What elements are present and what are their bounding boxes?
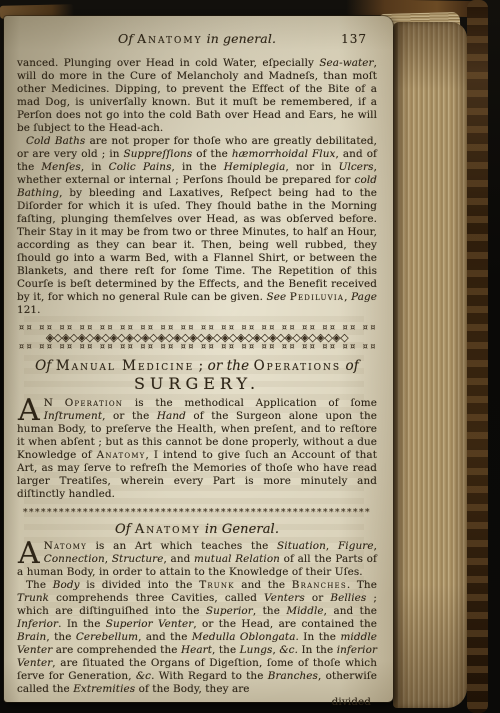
catchword: divided	[17, 696, 377, 709]
text-column: Of Anatomy in general. 137 vanced. Plung…	[17, 32, 377, 709]
ornament-row: ¤¤ ¤¤ ¤¤ ¤¤ ¤¤ ¤¤ ¤¤ ¤¤ ¤¤ ¤¤ ¤¤ ¤¤ ¤¤ ¤…	[19, 343, 375, 351]
ornament-band: ¤¤ ¤¤ ¤¤ ¤¤ ¤¤ ¤¤ ¤¤ ¤¤ ¤¤ ¤¤ ¤¤ ¤¤ ¤¤ ¤…	[19, 324, 375, 351]
drop-cap: A	[17, 540, 44, 566]
drop-cap: A	[17, 397, 44, 423]
running-header: Of Anatomy in general. 137	[17, 32, 377, 49]
section-heading: Of Anatomy in General.	[17, 523, 377, 536]
running-header-title: Of Anatomy in general.	[118, 31, 276, 46]
paragraph-body-division: The Body is divided into the Trunk and t…	[17, 579, 377, 696]
paragraph-operation: A N Operation is the methodical Applicat…	[17, 397, 377, 501]
paragraph-anatomy: A Natomy is an Art which teaches the Sit…	[17, 540, 377, 579]
book-board-edge	[467, 0, 488, 713]
ornament-rule: ****************************************…	[19, 508, 375, 518]
book-scan: Of Anatomy in general. 137 vanced. Plung…	[0, 0, 500, 713]
chapter-heading-line2: SURGERY.	[17, 377, 377, 390]
fore-edge-page-stack	[393, 22, 467, 708]
paragraph-cold-baths: Cold Baths are not proper for thoſe who …	[17, 135, 377, 317]
chapter-heading-line1: Of Manual Medicine ; or the Operations o…	[17, 360, 377, 373]
paragraph-cold-water: vanced. Plunging over Head in cold Water…	[17, 57, 377, 135]
book-page: Of Anatomy in general. 137 vanced. Plung…	[4, 16, 393, 702]
page-number: 137	[341, 33, 367, 46]
paragraph-text: Natomy is an Art which teaches the Situa…	[17, 540, 377, 578]
ornament-row: ¤¤ ¤¤ ¤¤ ¤¤ ¤¤ ¤¤ ¤¤ ¤¤ ¤¤ ¤¤ ¤¤ ¤¤ ¤¤ ¤…	[19, 324, 375, 332]
ornament-row: ◈◇◈◇◈◇◈◇◈◇◈◇◈◇◈◇◈◇◈◇◈◇◈◇◈◇◈◇◈◇◈◇◈◇◈◇◈◇	[19, 332, 375, 343]
paragraph-text: N Operation is the methodical Applicatio…	[17, 397, 377, 500]
chapter-heading: Of Manual Medicine ; or the Operations o…	[17, 360, 377, 390]
